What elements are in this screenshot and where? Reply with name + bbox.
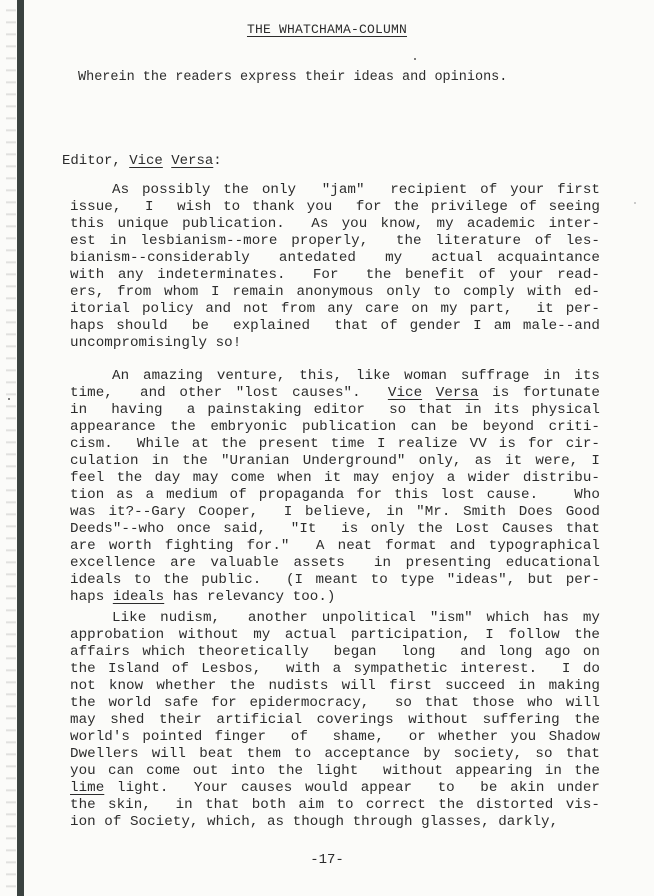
publication-name-word-2: Versa	[171, 153, 213, 169]
text-line: approbation without my actual participat…	[70, 627, 600, 644]
underlined-word: lime	[70, 780, 104, 796]
text-line: cism. While at the present time I realiz…	[70, 436, 600, 453]
text-line: the skin, in that both aim to correct th…	[70, 797, 600, 814]
text-line: excellence are valuable assets in presen…	[70, 555, 600, 572]
text-line: may shed their artificial coverings with…	[70, 712, 600, 729]
text-line: world's pointed finger of shame, or whet…	[70, 729, 600, 746]
column-subtitle: Wherein the readers express their ideas …	[78, 70, 507, 85]
text-line: Deeds"--who once said, "It is only the L…	[70, 521, 600, 538]
salutation-prefix: Editor,	[62, 153, 129, 169]
paper-speck	[634, 202, 636, 204]
text-line: uncompromisingly so!	[70, 335, 600, 352]
text-line: you can come out into the light without …	[70, 763, 600, 780]
text-line: bianism--considerably antedated my actua…	[70, 250, 600, 267]
text-line: haps should be explained that of gender …	[70, 318, 600, 335]
text-line: Dwellers will beat them to acceptance by…	[70, 746, 600, 763]
text-line: Like nudism, another unpolitical "ism" w…	[70, 610, 600, 627]
text-run: time, and other "lost causes".	[70, 385, 388, 401]
text-line: this unique publication. As you know, my…	[70, 216, 600, 233]
text-line: appearance the embryonic publication can…	[70, 419, 600, 436]
text-line: not know whether the nudists will first …	[70, 678, 600, 695]
text-line: feel the day may come when it may enjoy …	[70, 470, 600, 487]
text-line: time, and other "lost causes". Vice Vers…	[70, 385, 600, 402]
text-line: An amazing venture, this, like woman suf…	[70, 368, 600, 385]
text-line: the world safe for epidermocracy, so tha…	[70, 695, 600, 712]
text-line: with any indeterminates. For the benefit…	[70, 267, 600, 284]
text-line: haps ideals has relevancy too.)	[70, 589, 600, 606]
text-line: issue, I wish to thank you for the privi…	[70, 199, 600, 216]
text-line: As possibly the only "jam" recipient of …	[70, 182, 600, 199]
letter-paragraph-1: As possibly the only "jam" recipient of …	[70, 182, 600, 352]
text-line: lime light. Your causes would appear to …	[70, 780, 600, 797]
text-line: affairs which theoretically began long a…	[70, 644, 600, 661]
text-line: are worth fighting for." A neat format a…	[70, 538, 600, 555]
underlined-word: Vice	[388, 385, 422, 401]
text-run: haps	[70, 589, 113, 605]
page-title: THE WHATCHAMA-COLUMN	[0, 22, 654, 37]
text-run	[422, 385, 436, 401]
text-line: was it?--Gary Cooper, I believe, in "Mr.…	[70, 504, 600, 521]
letter-salutation: Editor, Vice Versa:	[62, 153, 222, 169]
paper-speck	[414, 58, 416, 60]
letter-paragraph-3: Like nudism, another unpolitical "ism" w…	[70, 610, 600, 831]
text-line: culation in the "Uranian Underground" on…	[70, 453, 600, 470]
paper-speck	[8, 398, 10, 400]
text-line: est in lesbianism--more properly, the li…	[70, 233, 600, 250]
salutation-suffix: :	[213, 153, 221, 169]
text-run: is fortunate	[479, 385, 600, 401]
text-line: the Island of Lesbos, with a sympathetic…	[70, 661, 600, 678]
text-line: itorial policy and not from any care on …	[70, 301, 600, 318]
text-line: in having a painstaking editor so that i…	[70, 402, 600, 419]
publication-name-word-1: Vice	[129, 153, 163, 169]
page-title-text: THE WHATCHAMA-COLUMN	[247, 22, 407, 37]
typewritten-page: THE WHATCHAMA-COLUMN Wherein the readers…	[0, 0, 654, 896]
text-line: ideals to the public. (I meant to type "…	[70, 572, 600, 589]
text-run: has relevancy too.)	[164, 589, 335, 605]
text-line: ion of Society, which, as though through…	[70, 814, 600, 831]
underlined-word: ideals	[113, 589, 164, 605]
text-line: ers, from whom I remain anonymous only t…	[70, 284, 600, 301]
underlined-word: Versa	[436, 385, 479, 401]
letter-paragraph-2: An amazing venture, this, like woman suf…	[70, 368, 600, 606]
page-number: -17-	[0, 852, 654, 868]
text-line: tion as a medium of propaganda for this …	[70, 487, 600, 504]
text-run: light. Your causes would appear to be ak…	[104, 780, 600, 796]
